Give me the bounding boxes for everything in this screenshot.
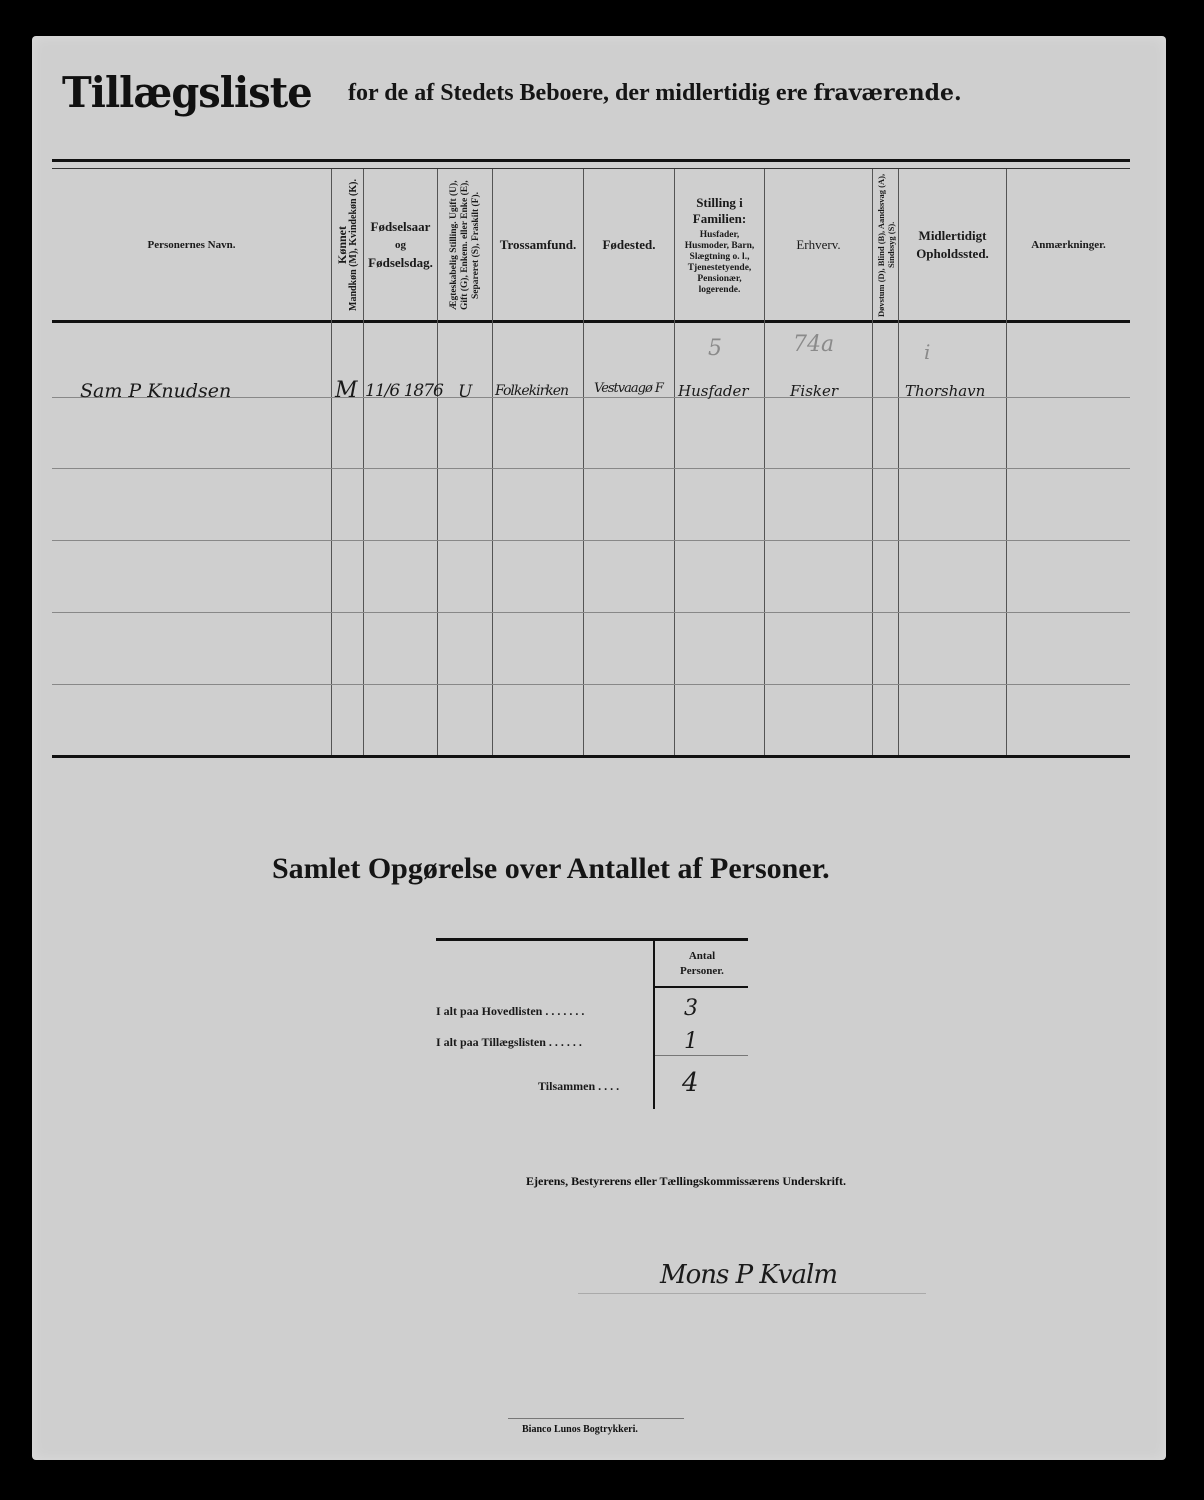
- cell-gender: M: [335, 378, 358, 403]
- cell-marital: U: [458, 382, 472, 402]
- cell-religion: Folkekirken: [495, 383, 568, 399]
- cell-name: Sam P Knudsen: [80, 380, 231, 402]
- header-disability: Døvstum (D), Blind (B), Aandssvag (A), S…: [873, 170, 898, 320]
- signature-label: Ejerens, Bestyrerens eller Tællingskommi…: [526, 1174, 846, 1189]
- row-divider: [52, 612, 1130, 613]
- summary-title: Samlet Opgørelse over Antallet af Person…: [272, 852, 830, 886]
- header-gender-sub: Mandkøn (M), Kvindekøn (K).: [348, 179, 359, 311]
- document-title-main: Tillægsliste: [62, 68, 312, 117]
- header-birthplace: Fødested.: [584, 170, 674, 320]
- summary-label-total: Tilsammen . . . .: [538, 1079, 619, 1094]
- header-birth: Fødselsaar og Fødselsdag.: [364, 170, 437, 320]
- cell-occupation-code: 74a: [793, 332, 834, 357]
- cell-occupation: Fisker: [790, 382, 838, 400]
- header-remarks: Anmærkninger.: [1007, 170, 1130, 320]
- cell-family-position: Husfader: [678, 382, 749, 400]
- table-top-rule: [52, 159, 1130, 162]
- summary-column-header: Antal Personer.: [656, 944, 748, 984]
- printer-rule: [508, 1418, 684, 1419]
- row-divider: [52, 468, 1130, 469]
- header-residence-line1: Midlertidigt: [919, 227, 987, 245]
- header-gender: Kønnet Mandkøn (M), Kvindekøn (K).: [332, 170, 363, 320]
- header-birth-line3: Fødselsdag.: [368, 254, 433, 272]
- header-family-title1: Stilling i: [696, 195, 743, 211]
- summary-header-line1: Antal: [689, 949, 715, 964]
- header-marital-text: Ægteskabelig Stilling. Ugift (U), Gift (…: [449, 171, 482, 319]
- summary-top-rule: [436, 938, 748, 941]
- header-marital: Ægteskabelig Stilling. Ugift (U), Gift (…: [438, 170, 492, 320]
- header-family-title2: Familien:: [693, 211, 746, 227]
- summary-header-rule: [655, 986, 748, 988]
- header-family-sub: Husfader, Husmoder, Barn, Slægtning o. l…: [680, 230, 760, 296]
- row-divider: [52, 540, 1130, 541]
- header-birth-line2: og: [395, 236, 406, 254]
- cell-residence: Thorshavn: [905, 382, 985, 400]
- table-bottom-rule: [52, 755, 1130, 758]
- summary-value-main-list: 3: [684, 996, 698, 1021]
- summary-subtotal-rule: [655, 1055, 748, 1056]
- header-bottom-rule: [52, 320, 1130, 323]
- title-emphasis: fraværende.: [813, 80, 961, 106]
- summary-value-supplementary-list: 1: [684, 1029, 698, 1054]
- summary-value-total: 4: [682, 1068, 699, 1098]
- cell-birth: 11/6 1876: [365, 381, 443, 401]
- cell-birthplace: Vestvaagø F: [594, 381, 663, 396]
- header-family-position: Stilling i Familien: Husfader, Husmoder,…: [675, 170, 764, 320]
- summary-vertical-rule: [653, 941, 655, 1109]
- signature-line: [578, 1293, 926, 1294]
- summary-header-line2: Personer.: [680, 964, 724, 979]
- summary-label-supplementary-list: I alt paa Tillægslisten . . . . . .: [436, 1035, 582, 1050]
- document-title-subtitle: for de af Stedets Beboere, der midlertid…: [348, 80, 962, 107]
- header-residence: Midlertidigt Opholdssted.: [899, 170, 1006, 320]
- header-name: Personernes Navn.: [52, 170, 331, 320]
- header-disability-text: Døvstum (D), Blind (B), Aandssvag (A), S…: [876, 171, 896, 319]
- row-divider: [52, 684, 1130, 685]
- header-residence-line2: Opholdssted.: [916, 245, 989, 263]
- title-rest-text: for de af Stedets Beboere, der midlertid…: [348, 80, 807, 106]
- header-occupation: Erhverv.: [765, 170, 872, 320]
- signature-value: Mons P Kvalm: [660, 1260, 837, 1290]
- summary-label-main-list: I alt paa Hovedlisten . . . . . . .: [436, 1004, 584, 1019]
- cell-residence-mark: i: [924, 340, 930, 364]
- printer-imprint: Bianco Lunos Bogtrykkeri.: [522, 1424, 638, 1435]
- cell-family-code: 5: [708, 336, 722, 361]
- header-gender-title: Kønnet: [335, 226, 349, 264]
- header-religion: Trossamfund.: [493, 170, 583, 320]
- table-top-rule-thin: [52, 168, 1130, 169]
- header-birth-line1: Fødselsaar: [371, 218, 431, 236]
